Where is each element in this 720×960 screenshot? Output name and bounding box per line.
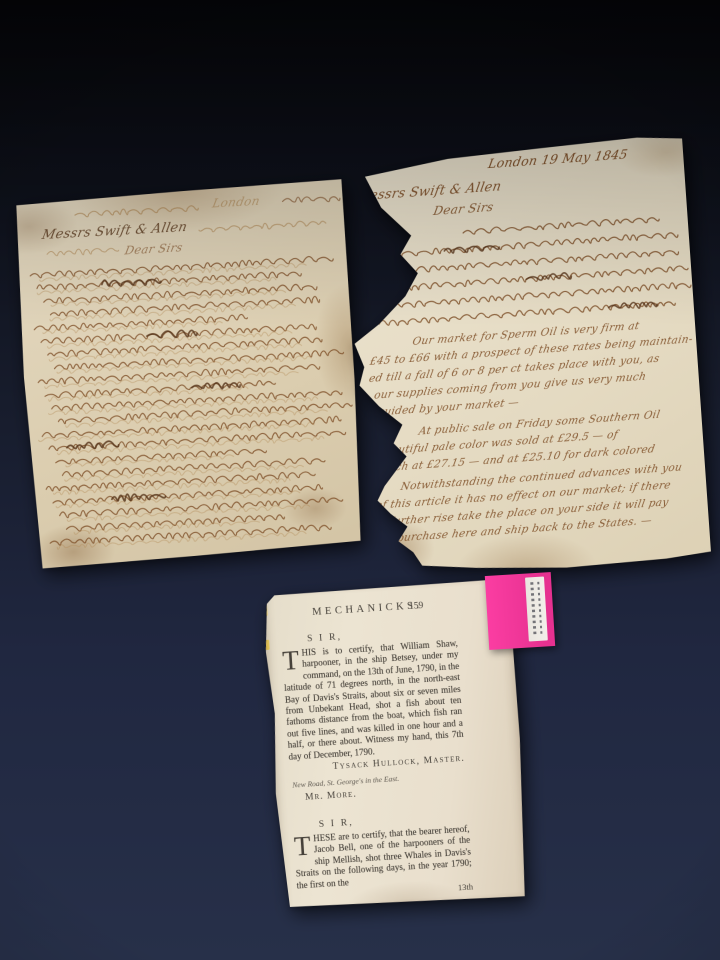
page-header: MECHANICKS. 159 (279, 598, 455, 620)
handwriting-line: Dear Sirs (124, 240, 184, 257)
page-number: 159 (409, 601, 424, 612)
photo-of-documents: LondonMessrs Swift & AllenDear Sirs Lond… (0, 0, 720, 960)
handwriting-line: Dear Sirs (432, 200, 494, 218)
gilt-edge-chip (279, 871, 285, 887)
handwriting-line: Messrs Swift & Allen (41, 220, 189, 243)
certificate1-dropcap: T (282, 648, 303, 672)
handwriting-scribble (608, 297, 649, 319)
certificate1-body: THIS is to certify, that William Shaw, h… (282, 638, 465, 763)
handwritten-letter-left: LondonMessrs Swift & AllenDear Sirs (14, 179, 364, 569)
handwriting-scribble (47, 244, 114, 265)
letter-left-handwriting: LondonMessrs Swift & AllenDear Sirs (14, 179, 364, 569)
certificate2-dropcap: T (293, 833, 314, 857)
letter-right-handwriting: London 19 May 1845Messrs Swift & AllenDe… (338, 134, 712, 581)
letter-right-paper: London 19 May 1845Messrs Swift & AllenDe… (338, 134, 712, 581)
gilt-edge-chip (268, 706, 274, 720)
page-header-title: MECHANICKS. (312, 600, 423, 618)
pink-sticky-note (485, 572, 555, 650)
letter-left-paper: LondonMessrs Swift & AllenDear Sirs (14, 179, 364, 569)
price-label-text-line (537, 582, 543, 636)
handwriting-scribble (282, 192, 335, 213)
certificate2-body: THESE are to certify, that the bearer he… (293, 824, 472, 892)
price-label-text-line (530, 582, 536, 636)
handwritten-letter-right: London 19 May 1845Messrs Swift & AllenDe… (338, 134, 712, 581)
certificate2-text: HESE are to certify, that the bearer her… (296, 824, 472, 891)
handwriting-scribble (206, 216, 327, 241)
handwriting-line: London (211, 194, 261, 211)
price-label (525, 576, 548, 641)
certificate1-text: HIS is to certify, that William Shaw, ha… (284, 638, 464, 761)
handwriting-line: London 19 May 1845 (487, 146, 629, 171)
